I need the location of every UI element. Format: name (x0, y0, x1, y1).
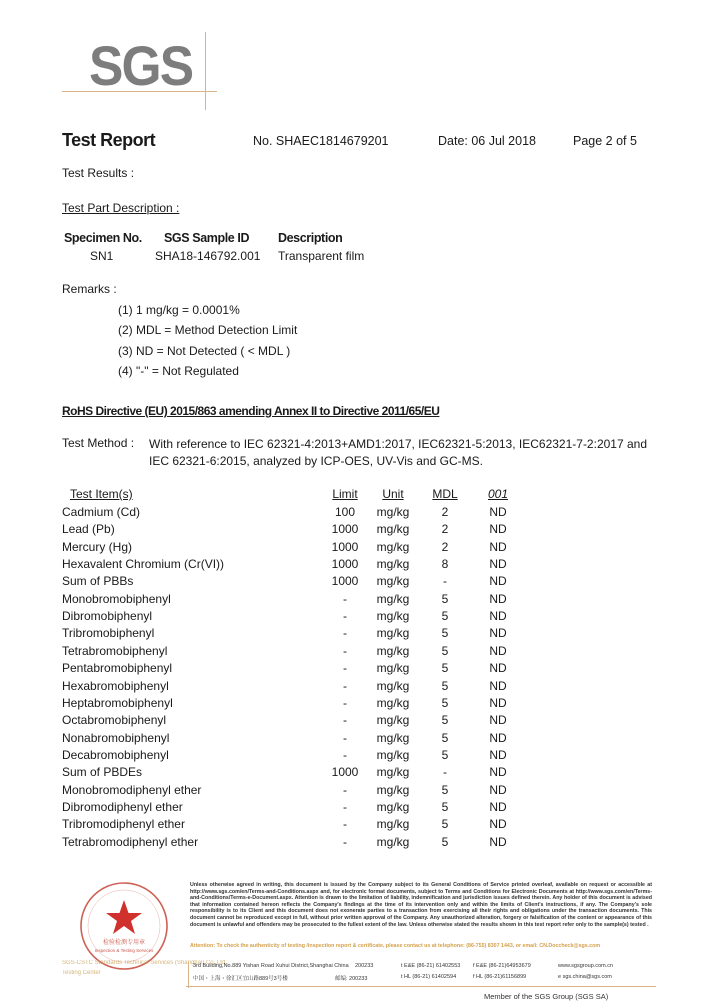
remark-item: (1) 1 mg/kg = 0.0001% (118, 303, 240, 317)
red-star-seal-icon: 检验检测专用章 Inspection & Testing Services (72, 880, 182, 972)
unit-cell: mg/kg (370, 713, 416, 727)
logo-horizontal-rule (62, 91, 217, 92)
table-row: Octabromobiphenyl-mg/kg5ND (0, 713, 713, 730)
report-number: No. SHAEC1814679201 (253, 134, 389, 148)
mdl-cell: 5 (428, 713, 462, 727)
table-row: Dibromodiphenyl ether-mg/kg5ND (0, 800, 713, 817)
limit-cell: - (320, 800, 370, 814)
limit-cell: - (320, 748, 370, 762)
description-header: Description (278, 231, 342, 245)
test-item-cell: Monobromodiphenyl ether (62, 783, 201, 797)
unit-cell: mg/kg (370, 574, 416, 588)
result-cell: ND (478, 765, 518, 779)
test-item-cell: Octabromobiphenyl (62, 713, 166, 727)
test-item-cell: Nonabromobiphenyl (62, 731, 169, 745)
header-test-items: Test Item(s) (70, 487, 133, 501)
authenticity-notice: Attention: To check the authenticity of … (190, 943, 652, 950)
report-date: Date: 06 Jul 2018 (438, 134, 536, 148)
sgs-logo-text: SGS (89, 36, 192, 96)
test-item-cell: Mercury (Hg) (62, 540, 132, 554)
test-results-label: Test Results : (62, 166, 134, 180)
test-item-cell: Sum of PBBs (62, 574, 133, 588)
remark-item: (4) "-" = Not Regulated (118, 364, 239, 378)
limit-cell: - (320, 679, 370, 693)
test-item-cell: Cadmium (Cd) (62, 505, 140, 519)
mdl-cell: - (428, 765, 462, 779)
result-cell: ND (478, 835, 518, 849)
test-item-cell: Dibromodiphenyl ether (62, 800, 183, 814)
test-item-cell: Tetrabromodiphenyl ether (62, 835, 198, 849)
unit-cell: mg/kg (370, 522, 416, 536)
result-cell: ND (478, 522, 518, 536)
result-cell: ND (478, 626, 518, 640)
table-row: Decabromobiphenyl-mg/kg5ND (0, 748, 713, 765)
table-row: Sum of PBDEs1000mg/kg-ND (0, 765, 713, 782)
mdl-cell: - (428, 574, 462, 588)
test-method-text: With reference to IEC 62321-4:2013+AMD1:… (149, 436, 649, 470)
table-row: Dibromobiphenyl-mg/kg5ND (0, 609, 713, 626)
result-cell: ND (478, 713, 518, 727)
unit-cell: mg/kg (370, 661, 416, 675)
result-cell: ND (478, 609, 518, 623)
table-row: Cadmium (Cd)100mg/kg2ND (0, 505, 713, 522)
test-item-cell: Sum of PBDEs (62, 765, 142, 779)
limit-cell: - (320, 817, 370, 831)
limit-cell: - (320, 835, 370, 849)
test-item-cell: Dibromobiphenyl (62, 609, 152, 623)
header-mdl: MDL (428, 487, 462, 501)
table-row: Tribromodiphenyl ether-mg/kg5ND (0, 817, 713, 834)
table-row: Sum of PBBs1000mg/kg-ND (0, 574, 713, 591)
sgs-sample-id-value: SHA18-146792.001 (155, 249, 260, 263)
table-row: Tetrabromodiphenyl ether-mg/kg5ND (0, 835, 713, 852)
fax-ee: f E&E (86-21)64953679 (473, 963, 531, 969)
description-value: Transparent film (278, 249, 364, 263)
limit-cell: - (320, 783, 370, 797)
result-cell: ND (478, 748, 518, 762)
email-link: e sgs.china@sgs.com (558, 974, 612, 980)
postcode-en: 200233 (355, 963, 373, 969)
mdl-cell: 2 (428, 505, 462, 519)
footer-divider-horizontal (186, 986, 656, 987)
result-cell: ND (478, 557, 518, 571)
header-unit: Unit (370, 487, 416, 501)
unit-cell: mg/kg (370, 557, 416, 571)
page-indicator: Page 2 of 5 (573, 134, 637, 148)
sgs-sample-id-header: SGS Sample ID (164, 231, 249, 245)
fax-hl: f HL (86-21)61156899 (473, 974, 526, 980)
unit-cell: mg/kg (370, 783, 416, 797)
unit-cell: mg/kg (370, 765, 416, 779)
result-cell: ND (478, 574, 518, 588)
test-item-cell: Pentabromobiphenyl (62, 661, 172, 675)
stamp-center-text-en: Inspection & Testing Services (95, 948, 154, 953)
sgs-logo: SGS (62, 32, 217, 102)
table-row: Pentabromobiphenyl-mg/kg5ND (0, 661, 713, 678)
limit-cell: - (320, 661, 370, 675)
test-item-cell: Tribromobiphenyl (62, 626, 154, 640)
test-item-cell: Monobromobiphenyl (62, 592, 171, 606)
result-cell: ND (478, 696, 518, 710)
report-title: Test Report (62, 130, 155, 151)
mdl-cell: 5 (428, 835, 462, 849)
test-method-label: Test Method : (62, 436, 134, 450)
test-item-cell: Heptabromobiphenyl (62, 696, 173, 710)
limit-cell: 1000 (320, 557, 370, 571)
table-row: Lead (Pb)1000mg/kg2ND (0, 522, 713, 539)
limit-cell: - (320, 626, 370, 640)
mdl-cell: 2 (428, 522, 462, 536)
result-cell: ND (478, 540, 518, 554)
footer-divider-vertical (188, 962, 189, 988)
unit-cell: mg/kg (370, 817, 416, 831)
test-item-cell: Lead (Pb) (62, 522, 115, 536)
table-row: Monobromobiphenyl-mg/kg5ND (0, 592, 713, 609)
table-row: Monobromodiphenyl ether-mg/kg5ND (0, 783, 713, 800)
limit-cell: 100 (320, 505, 370, 519)
mdl-cell: 5 (428, 661, 462, 675)
unit-cell: mg/kg (370, 592, 416, 606)
unit-cell: mg/kg (370, 505, 416, 519)
result-cell: ND (478, 731, 518, 745)
limit-cell: 1000 (320, 540, 370, 554)
mdl-cell: 5 (428, 748, 462, 762)
directive-heading: RoHS Directive (EU) 2015/863 amending An… (62, 404, 439, 418)
table-row: Mercury (Hg)1000mg/kg2ND (0, 540, 713, 557)
test-item-cell: Hexabromobiphenyl (62, 679, 169, 693)
remark-item: (3) ND = Not Detected ( < MDL ) (118, 344, 290, 358)
mdl-cell: 5 (428, 731, 462, 745)
specimen-no-header: Specimen No. (64, 231, 142, 245)
limit-cell: - (320, 713, 370, 727)
unit-cell: mg/kg (370, 540, 416, 554)
table-row: Tribromobiphenyl-mg/kg5ND (0, 626, 713, 643)
table-row: Tetrabromobiphenyl-mg/kg5ND (0, 644, 713, 661)
limit-cell: - (320, 731, 370, 745)
mdl-cell: 5 (428, 609, 462, 623)
mdl-cell: 5 (428, 626, 462, 640)
unit-cell: mg/kg (370, 731, 416, 745)
website-link: www.sgsgroup.com.cn (558, 963, 613, 969)
unit-cell: mg/kg (370, 748, 416, 762)
mdl-cell: 5 (428, 696, 462, 710)
specimen-no-value: SN1 (90, 249, 113, 263)
mdl-cell: 8 (428, 557, 462, 571)
stamp-center-text: 检验检测专用章 (103, 938, 145, 946)
mdl-cell: 2 (428, 540, 462, 554)
result-cell: ND (478, 783, 518, 797)
limit-cell: 1000 (320, 574, 370, 588)
limit-cell: - (320, 609, 370, 623)
test-item-cell: Tetrabromobiphenyl (62, 644, 167, 658)
result-cell: ND (478, 679, 518, 693)
unit-cell: mg/kg (370, 609, 416, 623)
limit-cell: 1000 (320, 765, 370, 779)
limit-cell: - (320, 644, 370, 658)
result-cell: ND (478, 800, 518, 814)
mdl-cell: 5 (428, 817, 462, 831)
test-item-cell: Tribromodiphenyl ether (62, 817, 185, 831)
terms-and-conditions: Unless otherwise agreed in writing, this… (190, 882, 652, 928)
header-sample-001: 001 (478, 487, 518, 501)
address-cn: 中国・上海・徐汇区宜山路889号3号楼 (193, 974, 288, 982)
remark-item: (2) MDL = Method Detection Limit (118, 323, 297, 337)
unit-cell: mg/kg (370, 626, 416, 640)
unit-cell: mg/kg (370, 679, 416, 693)
header-limit: Limit (320, 487, 370, 501)
mdl-cell: 5 (428, 800, 462, 814)
result-cell: ND (478, 644, 518, 658)
mdl-cell: 5 (428, 592, 462, 606)
unit-cell: mg/kg (370, 835, 416, 849)
result-cell: ND (478, 505, 518, 519)
remarks-label: Remarks : (62, 282, 117, 296)
logo-vertical-rule (205, 32, 206, 110)
test-item-cell: Hexavalent Chromium (Cr(VI)) (62, 557, 224, 571)
result-cell: ND (478, 592, 518, 606)
test-item-cell: Decabromobiphenyl (62, 748, 169, 762)
unit-cell: mg/kg (370, 644, 416, 658)
unit-cell: mg/kg (370, 800, 416, 814)
test-part-description-label: Test Part Description : (62, 201, 179, 215)
table-row: Hexabromobiphenyl-mg/kg5ND (0, 679, 713, 696)
mdl-cell: 5 (428, 783, 462, 797)
mdl-cell: 5 (428, 679, 462, 693)
postcode-cn: 邮编: 200233 (335, 974, 367, 982)
mdl-cell: 5 (428, 644, 462, 658)
table-row: Hexavalent Chromium (Cr(VI))1000mg/kg8ND (0, 557, 713, 574)
limit-cell: - (320, 696, 370, 710)
table-row: Nonabromobiphenyl-mg/kg5ND (0, 731, 713, 748)
limit-cell: - (320, 592, 370, 606)
sgs-member-note: Member of the SGS Group (SGS SA) (484, 992, 608, 1001)
limit-cell: 1000 (320, 522, 370, 536)
table-row: Heptabromobiphenyl-mg/kg5ND (0, 696, 713, 713)
stamp-caption: Testing Center (62, 970, 101, 976)
unit-cell: mg/kg (370, 696, 416, 710)
address-en: 3rd Building,No.889 Yishan Road Xuhui Di… (193, 963, 349, 969)
phone-hl: t HL (86-21) 61402594 (401, 974, 456, 980)
result-cell: ND (478, 661, 518, 675)
result-cell: ND (478, 817, 518, 831)
phone-ee: t E&E (86-21) 61402553 (401, 963, 460, 969)
